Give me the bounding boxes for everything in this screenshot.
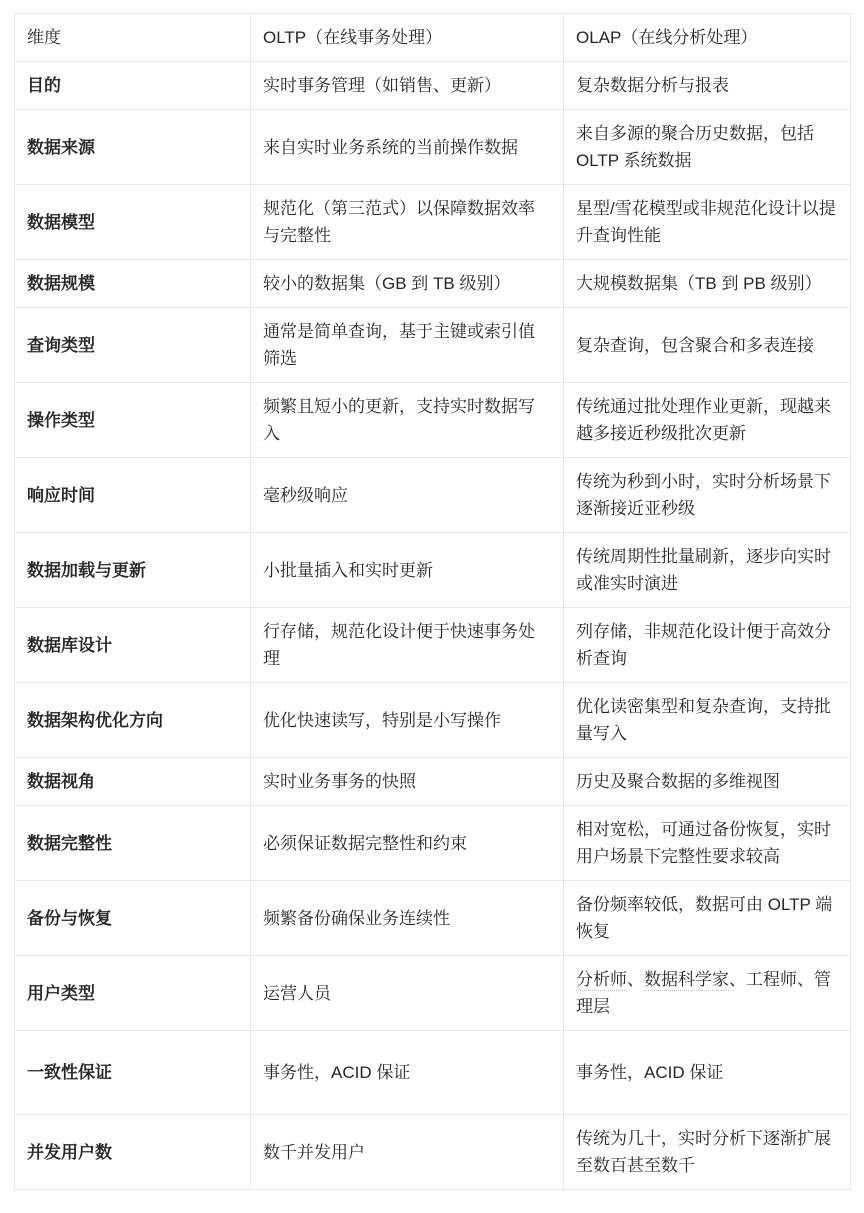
cell-oltp: 频繁备份确保业务连续性 xyxy=(251,881,564,956)
cell-oltp: 毫秒级响应 xyxy=(251,458,564,533)
header-olap: OLAP（在线分析处理） xyxy=(564,14,851,62)
table-row: 数据规模 较小的数据集（GB 到 TB 级别） 大规模数据集（TB 到 PB 级… xyxy=(15,260,851,308)
comparison-table: 维度 OLTP（在线事务处理） OLAP（在线分析处理） 目的 实时事务管理（如… xyxy=(14,13,851,1190)
cell-oltp: 频繁且短小的更新，支持实时数据写入 xyxy=(251,383,564,458)
cell-dimension: 目的 xyxy=(15,62,251,110)
cell-oltp: 实时业务事务的快照 xyxy=(251,758,564,806)
cell-olap: 历史及聚合数据的多维视图 xyxy=(564,758,851,806)
cell-dimension: 备份与恢复 xyxy=(15,881,251,956)
cell-olap: 分析师、数据科学家、工程师、管理层 xyxy=(564,956,851,1031)
table-row: 数据视角 实时业务事务的快照 历史及聚合数据的多维视图 xyxy=(15,758,851,806)
cell-dimension: 数据模型 xyxy=(15,185,251,260)
cell-olap: 事务性，ACID 保证 xyxy=(564,1031,851,1115)
cell-olap: 复杂查询，包含聚合和多表连接 xyxy=(564,308,851,383)
table-row: 一致性保证 事务性，ACID 保证 事务性，ACID 保证 xyxy=(15,1031,851,1115)
cell-oltp: 小批量插入和实时更新 xyxy=(251,533,564,608)
cell-oltp: 优化快速读写，特别是小写操作 xyxy=(251,683,564,758)
cell-dimension: 查询类型 xyxy=(15,308,251,383)
cell-olap: 传统为几十，实时分析下逐渐扩展至数百甚至数千 xyxy=(564,1115,851,1190)
cell-oltp: 行存储，规范化设计便于快速事务处理 xyxy=(251,608,564,683)
table-row: 数据模型 规范化（第三范式）以保障数据效率与完整性 星型/雪花模型或非规范化设计… xyxy=(15,185,851,260)
cell-oltp: 运营人员 xyxy=(251,956,564,1031)
table-row: 备份与恢复 频繁备份确保业务连续性 备份频率较低，数据可由 OLTP 端恢复 xyxy=(15,881,851,956)
cell-dimension: 数据架构优化方向 xyxy=(15,683,251,758)
cell-dimension: 一致性保证 xyxy=(15,1031,251,1115)
table-row: 用户类型 运营人员 分析师、数据科学家、工程师、管理层 xyxy=(15,956,851,1031)
table-row: 操作类型 频繁且短小的更新，支持实时数据写入 传统通过批处理作业更新，现越来越多… xyxy=(15,383,851,458)
cell-olap: 复杂数据分析与报表 xyxy=(564,62,851,110)
cell-dimension: 数据视角 xyxy=(15,758,251,806)
cell-olap: 传统通过批处理作业更新，现越来越多接近秒级批次更新 xyxy=(564,383,851,458)
cell-oltp: 实时事务管理（如销售、更新） xyxy=(251,62,564,110)
cell-oltp: 规范化（第三范式）以保障数据效率与完整性 xyxy=(251,185,564,260)
cell-dimension: 并发用户数 xyxy=(15,1115,251,1190)
table-row: 查询类型 通常是简单查询，基于主键或索引值筛选 复杂查询，包含聚合和多表连接 xyxy=(15,308,851,383)
cell-olap: 备份频率较低，数据可由 OLTP 端恢复 xyxy=(564,881,851,956)
cell-olap: 列存储，非规范化设计便于高效分析查询 xyxy=(564,608,851,683)
cell-olap: 来自多源的聚合历史数据，包括 OLTP 系统数据 xyxy=(564,110,851,185)
cell-dimension: 数据来源 xyxy=(15,110,251,185)
cell-oltp: 数千并发用户 xyxy=(251,1115,564,1190)
table-row: 数据完整性 必须保证数据完整性和约束 相对宽松，可通过备份恢复，实时用户场景下完… xyxy=(15,806,851,881)
table-row: 并发用户数 数千并发用户 传统为几十，实时分析下逐渐扩展至数百甚至数千 xyxy=(15,1115,851,1190)
table-row: 数据来源 来自实时业务系统的当前操作数据 来自多源的聚合历史数据，包括 OLTP… xyxy=(15,110,851,185)
table-row: 数据加载与更新 小批量插入和实时更新 传统周期性批量刷新，逐步向实时或准实时演进 xyxy=(15,533,851,608)
cell-oltp: 较小的数据集（GB 到 TB 级别） xyxy=(251,260,564,308)
header-dimension: 维度 xyxy=(15,14,251,62)
cell-oltp: 来自实时业务系统的当前操作数据 xyxy=(251,110,564,185)
cell-dimension: 操作类型 xyxy=(15,383,251,458)
cell-dimension: 数据完整性 xyxy=(15,806,251,881)
cell-olap: 优化读密集型和复杂查询，支持批量写入 xyxy=(564,683,851,758)
cell-dimension: 用户类型 xyxy=(15,956,251,1031)
table-row: 目的 实时事务管理（如销售、更新） 复杂数据分析与报表 xyxy=(15,62,851,110)
cell-olap: 传统为秒到小时，实时分析场景下逐渐接近亚秒级 xyxy=(564,458,851,533)
cell-dimension: 数据库设计 xyxy=(15,608,251,683)
cell-oltp: 通常是简单查询，基于主键或索引值筛选 xyxy=(251,308,564,383)
table-row: 响应时间 毫秒级响应 传统为秒到小时，实时分析场景下逐渐接近亚秒级 xyxy=(15,458,851,533)
cell-dimension: 响应时间 xyxy=(15,458,251,533)
cell-olap: 大规模数据集（TB 到 PB 级别） xyxy=(564,260,851,308)
table-row: 数据库设计 行存储，规范化设计便于快速事务处理 列存储，非规范化设计便于高效分析… xyxy=(15,608,851,683)
cell-dimension: 数据加载与更新 xyxy=(15,533,251,608)
cell-dimension: 数据规模 xyxy=(15,260,251,308)
cell-oltp: 必须保证数据完整性和约束 xyxy=(251,806,564,881)
table-header-row: 维度 OLTP（在线事务处理） OLAP（在线分析处理） xyxy=(15,14,851,62)
cell-olap: 相对宽松，可通过备份恢复，实时用户场景下完整性要求较高 xyxy=(564,806,851,881)
cell-olap: 传统周期性批量刷新，逐步向实时或准实时演进 xyxy=(564,533,851,608)
cell-oltp: 事务性，ACID 保证 xyxy=(251,1031,564,1115)
page: 维度 OLTP（在线事务处理） OLAP（在线分析处理） 目的 实时事务管理（如… xyxy=(0,0,864,1201)
table-row: 数据架构优化方向 优化快速读写，特别是小写操作 优化读密集型和复杂查询，支持批量… xyxy=(15,683,851,758)
cell-olap: 星型/雪花模型或非规范化设计以提升查询性能 xyxy=(564,185,851,260)
header-oltp: OLTP（在线事务处理） xyxy=(251,14,564,62)
